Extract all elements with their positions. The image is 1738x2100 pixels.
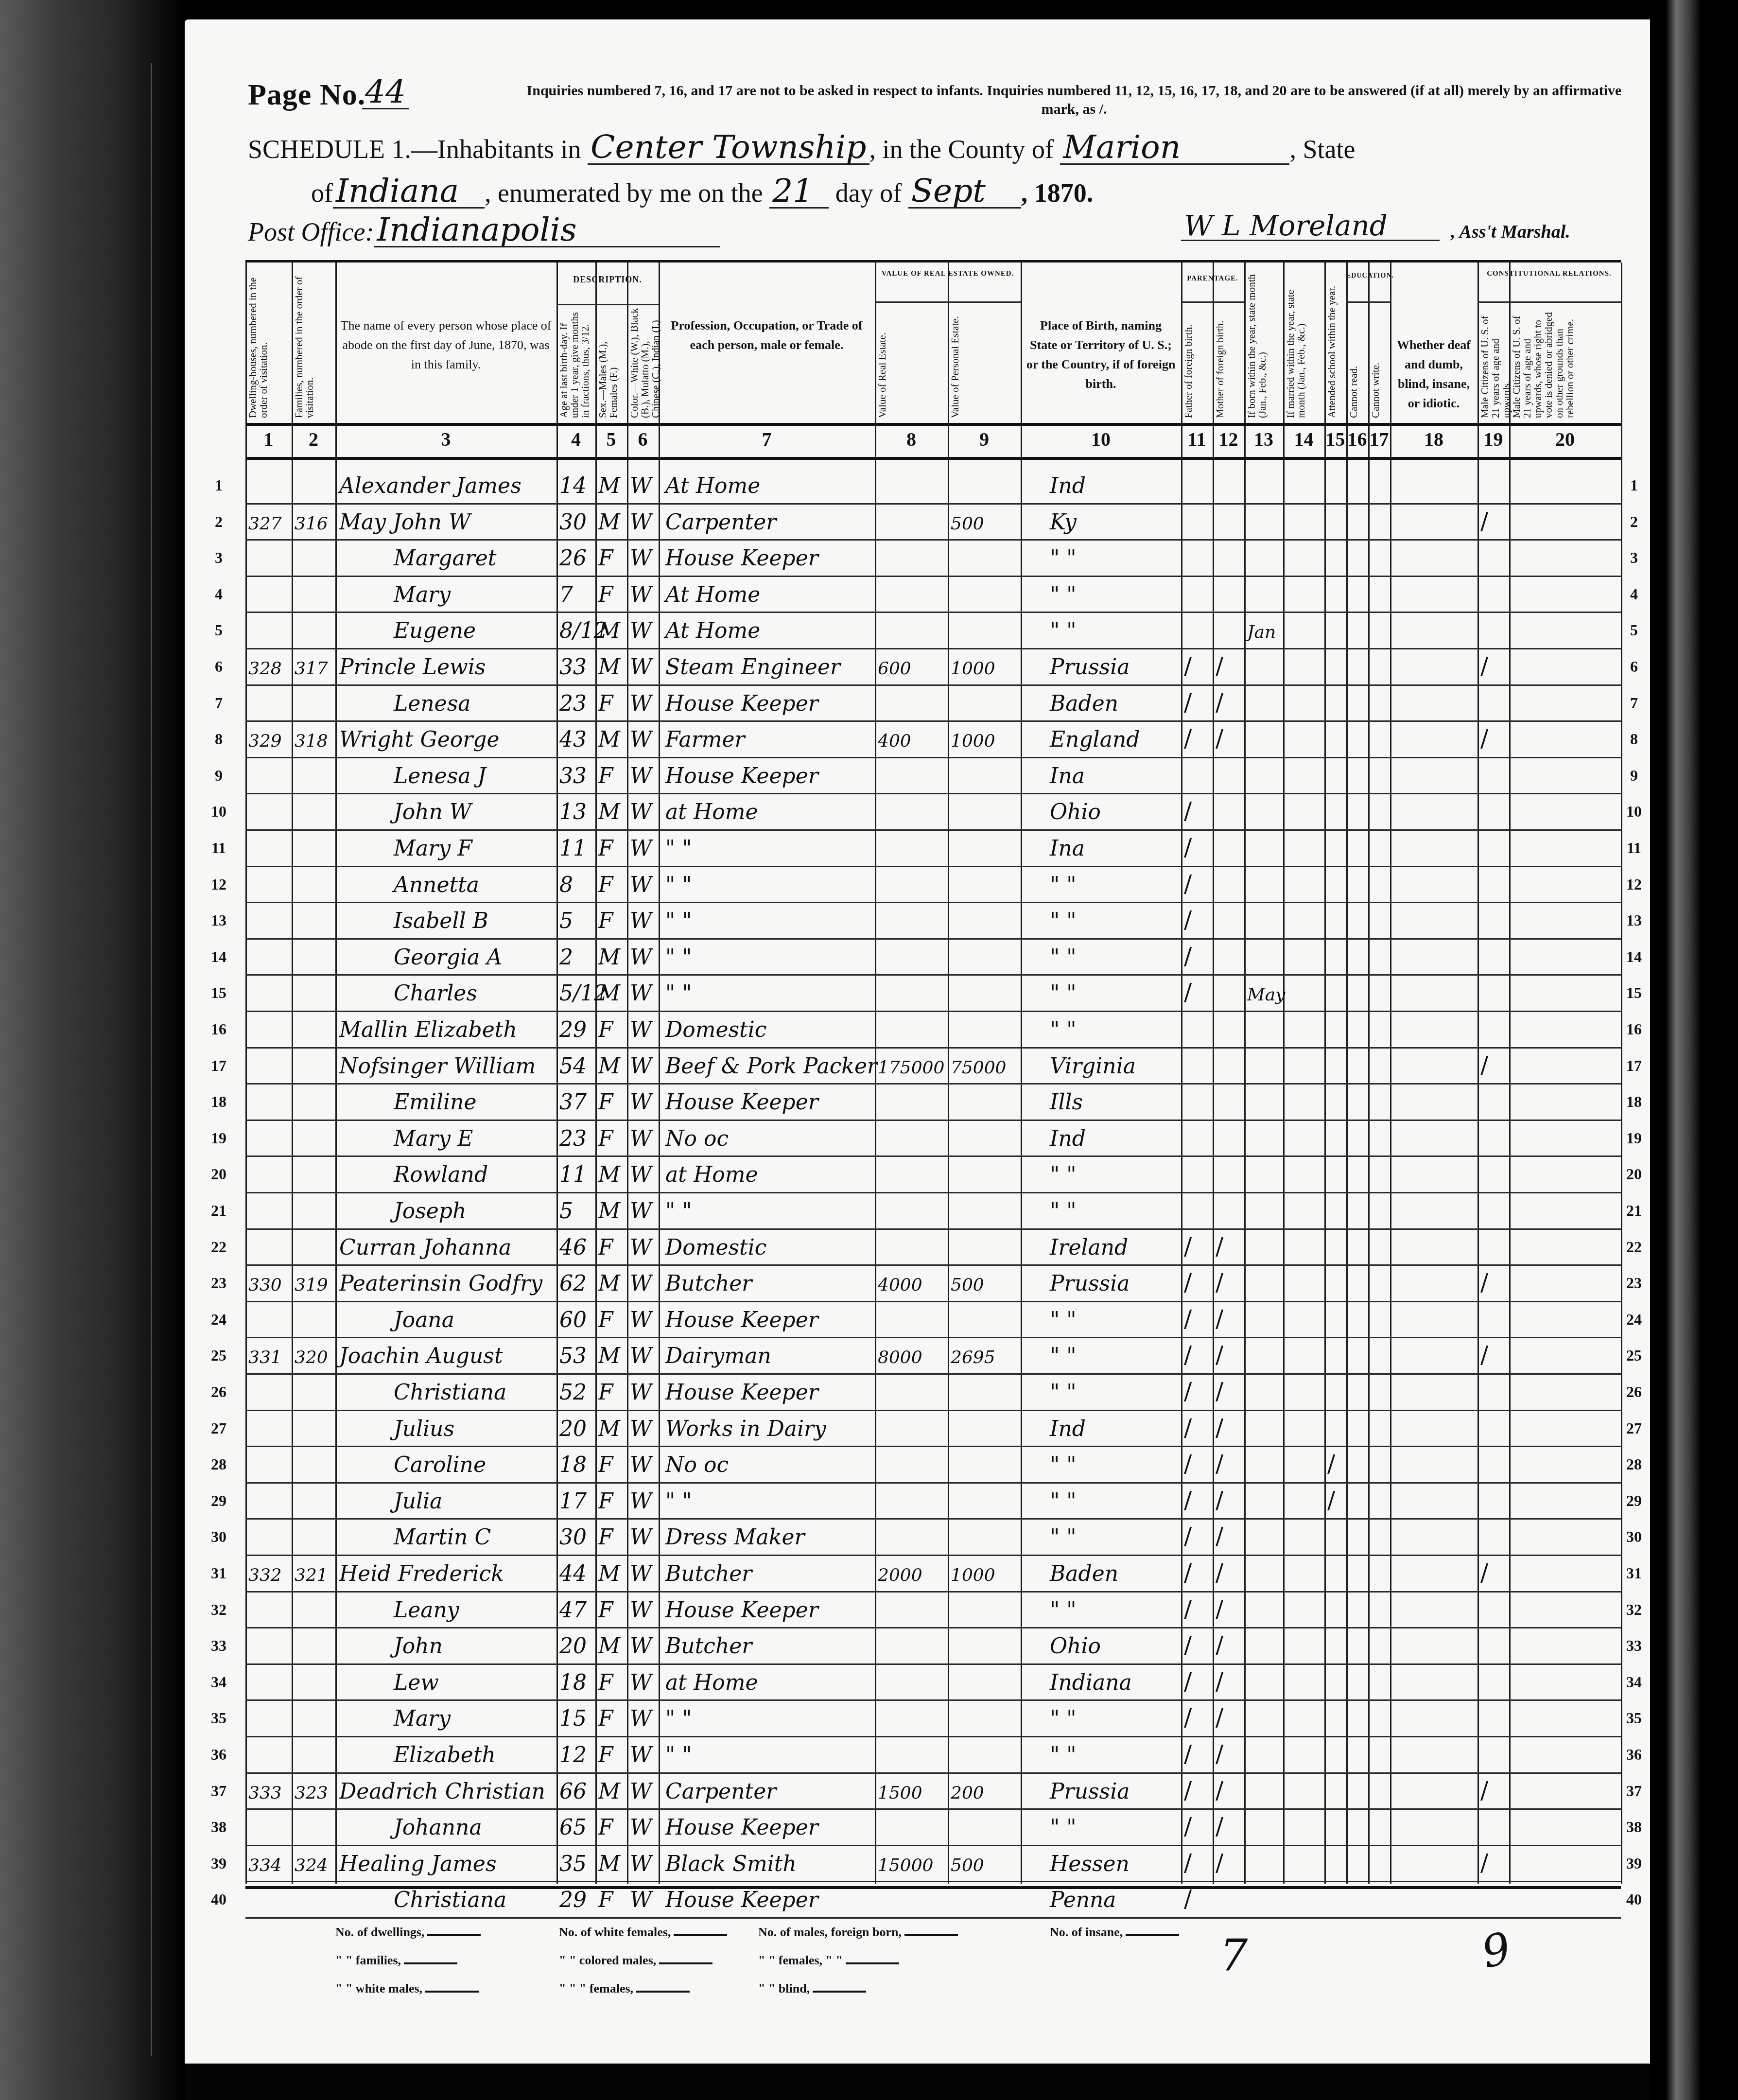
color: W (630, 582, 652, 607)
citizen-mark: / (1480, 1342, 1488, 1369)
father-foreign-mark: / (1184, 725, 1192, 752)
sex: F (598, 1452, 613, 1477)
person-name: Deadrich Christian (339, 1779, 545, 1804)
line-number-left: 36 (209, 1746, 228, 1764)
column-header-16: Cannot read. (1348, 306, 1366, 418)
birthplace: Ireland (1050, 1235, 1128, 1260)
age: 29 (559, 1017, 587, 1042)
summary-label: " " " females, (559, 1981, 633, 1995)
row-rule (245, 938, 1621, 940)
mother-foreign-mark: / (1216, 1451, 1223, 1478)
age: 15 (559, 1706, 587, 1731)
column-header-4: Age at last birth-day. If under 1 year, … (558, 306, 593, 418)
father-foreign-mark: / (1184, 1523, 1192, 1550)
sex: F (598, 1598, 613, 1623)
father-foreign-mark: / (1184, 1886, 1192, 1913)
birthplace: " " (1050, 546, 1076, 571)
column-header-1: Dwelling-houses, numbered in the order o… (247, 272, 290, 418)
color: W (630, 1670, 652, 1695)
summary-field: No. of white females, (559, 1925, 727, 1940)
line-number-right: 15 (1624, 984, 1644, 1002)
line-number-right: 5 (1624, 621, 1644, 639)
age: 26 (559, 546, 587, 571)
person-name: May John W (339, 510, 470, 535)
real-estate-value: 15000 (878, 1855, 934, 1875)
line-number-right: 28 (1624, 1455, 1644, 1473)
scan-left-margin (0, 0, 185, 2100)
age: 65 (559, 1815, 587, 1840)
dwelling-number: 328 (248, 659, 282, 679)
color: W (630, 873, 652, 897)
marshal-signature: W L Moreland (1181, 209, 1440, 242)
color: W (630, 1054, 652, 1079)
sex: M (598, 1162, 620, 1187)
summary-blank (1126, 1934, 1179, 1936)
schedule-line: SCHEDULE 1.—Inhabitants in Center Townsh… (248, 131, 1355, 165)
color: W (630, 1598, 652, 1623)
enumerated-label: , enumerated by me on the (485, 178, 763, 208)
column-header-9: Value of Personal Estate. (950, 306, 1019, 418)
summary-label: No. of insane, (1050, 1925, 1123, 1939)
age: 18 (559, 1452, 587, 1477)
line-number-right: 9 (1624, 767, 1644, 785)
column-number-11: 11 (1181, 428, 1213, 451)
column-header-19: Male Citizens of U. S. of 21 years of ag… (1479, 306, 1507, 418)
mother-foreign-mark: / (1216, 1415, 1223, 1442)
line-number-left: 15 (209, 984, 228, 1002)
person-name: Martin C (394, 1525, 491, 1550)
line-number-left: 12 (209, 875, 228, 893)
column-rule (627, 262, 628, 1884)
sex: M (598, 618, 620, 643)
mother-foreign-mark: / (1216, 1850, 1223, 1877)
citizen-mark: / (1480, 653, 1488, 680)
color: W (630, 909, 652, 933)
birthplace: Prussia (1050, 655, 1130, 680)
row-rule (245, 1518, 1621, 1520)
age: 35 (559, 1852, 587, 1876)
color: W (630, 1852, 652, 1876)
person-name: Christiana (394, 1888, 506, 1912)
age: 53 (559, 1344, 587, 1368)
line-number-right: 23 (1624, 1274, 1644, 1292)
age: 20 (559, 1417, 587, 1441)
age: 7 (559, 582, 573, 607)
father-foreign-mark: / (1184, 1596, 1192, 1623)
column-header-18: Whether deaf and dumb, blind, insane, or… (1395, 335, 1473, 413)
real-estate-value: 175000 (878, 1058, 944, 1078)
line-number-left: 5 (209, 621, 228, 639)
summary-blank (813, 1991, 866, 1993)
birthplace: " " (1050, 1489, 1076, 1514)
family-number: 317 (295, 659, 328, 679)
color: W (630, 1380, 652, 1405)
occupation: No oc (665, 1126, 729, 1151)
father-foreign-mark: / (1184, 653, 1192, 680)
line-number-right: 33 (1624, 1637, 1644, 1655)
group-rule (556, 304, 659, 305)
summary-field: " " " females, (559, 1981, 690, 1996)
age: 8 (559, 873, 573, 897)
group-rule (1477, 301, 1621, 303)
mother-foreign-mark: / (1216, 689, 1223, 717)
sex: F (598, 582, 613, 607)
row-rule (245, 974, 1621, 976)
line-number-right: 36 (1624, 1746, 1644, 1764)
sex: M (598, 473, 620, 498)
line-number-right: 2 (1624, 513, 1644, 531)
line-number-right: 40 (1624, 1890, 1644, 1908)
post-office-value: Indianapolis (374, 214, 720, 247)
column-number-4: 4 (556, 428, 595, 451)
column-number-17: 17 (1368, 428, 1390, 451)
birthplace: " " (1050, 1525, 1076, 1550)
age: 23 (559, 1126, 587, 1151)
age: 5 (559, 909, 573, 933)
person-name: Christiana (394, 1380, 506, 1405)
column-number-15: 15 (1324, 428, 1346, 451)
citizen-mark: / (1480, 508, 1488, 535)
county-label: , in the County of (869, 135, 1054, 164)
father-foreign-mark: / (1184, 907, 1192, 934)
born-month: May (1247, 985, 1286, 1005)
father-foreign-mark: / (1184, 1451, 1192, 1478)
summary-label: No. of dwellings, (335, 1925, 424, 1939)
row-rule (245, 1736, 1621, 1737)
sex: M (598, 510, 620, 535)
person-name: John W (394, 800, 471, 824)
row-rule (245, 1808, 1621, 1810)
color: W (630, 727, 652, 752)
line-number-left: 28 (209, 1455, 228, 1473)
row-rule (245, 1591, 1621, 1592)
column-number-7: 7 (659, 428, 875, 451)
column-header-12: Mother of foreign birth. (1215, 306, 1242, 418)
line-number-right: 13 (1624, 911, 1644, 929)
age: 33 (559, 764, 587, 788)
age: 44 (559, 1561, 587, 1586)
summary-label: " " white males, (335, 1981, 422, 1995)
column-number-14: 14 (1283, 428, 1324, 451)
row-rule (245, 829, 1621, 831)
age: 20 (559, 1634, 587, 1659)
father-foreign-mark: / (1184, 1850, 1192, 1877)
family-number: 318 (295, 731, 328, 751)
row-rule (245, 1337, 1621, 1338)
school-mark: / (1327, 1451, 1335, 1478)
row-rule (245, 1011, 1621, 1012)
page-number: 44 (362, 73, 409, 110)
state-value: Indiana (333, 175, 485, 209)
row-rule (245, 1881, 1621, 1882)
row-rule (245, 1917, 1621, 1919)
person-name: Lenesa (394, 691, 470, 716)
birthplace: Ina (1050, 836, 1085, 861)
line-number-left: 23 (209, 1274, 228, 1292)
father-foreign-mark: / (1184, 1415, 1192, 1442)
sex: M (598, 1417, 620, 1441)
person-name: Leany (394, 1598, 459, 1623)
personal-estate-value: 75000 (951, 1058, 1007, 1078)
birthplace: " " (1050, 981, 1076, 1006)
occupation: Carpenter (665, 510, 776, 535)
father-foreign-mark: / (1184, 1704, 1192, 1732)
mother-foreign-mark: / (1216, 1596, 1223, 1623)
sex: M (598, 1199, 620, 1224)
sex: F (598, 1090, 613, 1115)
age: 46 (559, 1235, 587, 1260)
occupation: Works in Dairy (665, 1417, 826, 1441)
line-number-left: 30 (209, 1528, 228, 1546)
summary-blank (904, 1934, 958, 1936)
line-number-right: 20 (1624, 1165, 1644, 1183)
person-name: Peaterinsin Godfry (339, 1271, 542, 1296)
birthplace: Baden (1050, 1561, 1118, 1586)
line-number-left: 19 (209, 1129, 228, 1147)
line-number-right: 31 (1624, 1564, 1644, 1582)
occupation: " " (665, 945, 692, 970)
sex: M (598, 981, 620, 1006)
birthplace: " " (1050, 1380, 1076, 1405)
day-value: 21 (769, 175, 829, 209)
column-rule (1283, 262, 1285, 1884)
sex: F (598, 1308, 613, 1332)
age: 33 (559, 655, 587, 680)
occupation: House Keeper (665, 691, 818, 716)
column-rule (1213, 262, 1214, 1884)
group-rule (875, 301, 1021, 303)
row-rule (245, 1482, 1621, 1484)
color: W (630, 510, 652, 535)
column-header-13: If born within the year, state month (Ja… (1246, 272, 1281, 418)
occupation: at Home (665, 1670, 758, 1695)
color: W (630, 1235, 652, 1260)
color: W (630, 546, 652, 571)
person-name: Mary (394, 582, 451, 607)
personal-estate-value: 1000 (951, 659, 995, 679)
father-foreign-mark: / (1184, 1668, 1192, 1696)
color: W (630, 981, 652, 1006)
instructions-notice: Inquiries numbered 7, 16, and 17 are not… (515, 82, 1633, 119)
occupation: At Home (665, 473, 760, 498)
occupation: House Keeper (665, 764, 818, 788)
father-foreign-mark: / (1184, 1269, 1192, 1296)
person-name: Mary (394, 1706, 451, 1731)
sex: F (598, 909, 613, 933)
line-number-left: 34 (209, 1673, 228, 1691)
line-number-right: 18 (1624, 1093, 1644, 1111)
father-foreign-mark: / (1184, 979, 1192, 1006)
line-number-left: 32 (209, 1601, 228, 1619)
age: 17 (559, 1489, 587, 1514)
color: W (630, 473, 652, 498)
age: 43 (559, 727, 587, 752)
line-number-left: 25 (209, 1347, 228, 1365)
personal-estate-value: 2695 (951, 1347, 995, 1367)
citizen-mark: / (1480, 1269, 1488, 1296)
person-name: Nofsinger William (339, 1054, 536, 1079)
occupation: Butcher (665, 1271, 752, 1296)
color: W (630, 1017, 652, 1042)
line-number-right: 24 (1624, 1311, 1644, 1329)
person-name: Emiline (394, 1090, 476, 1115)
occupation: Black Smith (665, 1852, 797, 1876)
column-number-5: 5 (595, 428, 627, 451)
column-header-17: Cannot write. (1370, 306, 1388, 418)
line-number-right: 32 (1624, 1601, 1644, 1619)
row-rule (245, 1555, 1621, 1556)
personal-estate-value: 1000 (951, 1565, 995, 1585)
line-number-left: 20 (209, 1165, 228, 1183)
state-label: , State (1289, 135, 1355, 164)
birthplace: " " (1050, 1199, 1076, 1224)
line-number-left: 35 (209, 1709, 228, 1727)
row-rule (245, 1047, 1621, 1049)
line-number-right: 35 (1624, 1709, 1644, 1727)
birthplace: Ind (1050, 1417, 1086, 1441)
family-number: 323 (295, 1783, 328, 1803)
father-foreign-mark: / (1184, 1777, 1192, 1804)
father-foreign-mark: / (1184, 1813, 1192, 1840)
person-name: Mary E (394, 1126, 473, 1151)
line-number-left: 29 (209, 1492, 228, 1510)
real-estate-value: 8000 (878, 1347, 922, 1367)
age: 30 (559, 510, 587, 535)
occupation: Butcher (665, 1561, 752, 1586)
line-number-right: 21 (1624, 1202, 1644, 1220)
header-rule (245, 423, 1621, 426)
summary-blank (674, 1934, 727, 1936)
occupation: At Home (665, 582, 760, 607)
birthplace: Hessen (1050, 1852, 1130, 1876)
sex: M (598, 1054, 620, 1079)
line-number-left: 39 (209, 1855, 228, 1872)
color: W (630, 1779, 652, 1804)
age: 5 (559, 1199, 573, 1224)
color: W (630, 1452, 652, 1477)
column-header-10: Place of Birth, naming State or Territor… (1025, 316, 1176, 394)
occupation: Butcher (665, 1634, 752, 1659)
line-number-right: 37 (1624, 1782, 1644, 1800)
personal-estate-value: 500 (951, 1275, 984, 1295)
birthplace: Ina (1050, 764, 1085, 788)
column-rule (1621, 262, 1622, 1884)
person-name: Elizabeth (394, 1743, 496, 1767)
color: W (630, 1090, 652, 1115)
birthplace: Ohio (1050, 800, 1101, 824)
person-name: Healing James (339, 1852, 497, 1876)
township-value: Center Township (588, 131, 869, 165)
sex: F (598, 873, 613, 897)
summary-field: No. of dwellings, (335, 1925, 481, 1940)
father-foreign-mark: / (1184, 689, 1192, 717)
person-name: Lew (394, 1670, 439, 1695)
group-rule (1181, 301, 1244, 303)
line-number-right: 4 (1624, 585, 1644, 603)
age: 11 (559, 836, 587, 861)
family-number: 321 (295, 1565, 328, 1585)
age: 37 (559, 1090, 587, 1115)
line-number-right: 29 (1624, 1492, 1644, 1510)
column-header-15: Attended school within the year. (1326, 272, 1344, 418)
line-number-left: 16 (209, 1020, 228, 1038)
citizen-mark: / (1480, 1777, 1488, 1804)
constitutional-group-header: CONSTITUTIONAL RELATIONS. (1477, 270, 1621, 278)
color: W (630, 1489, 652, 1514)
father-foreign-mark: / (1184, 1306, 1192, 1333)
line-number-left: 3 (209, 549, 228, 567)
line-number-right: 30 (1624, 1528, 1644, 1546)
birthplace: " " (1050, 909, 1076, 933)
marshal-label: , Ass't Marshal. (1451, 221, 1570, 243)
sex: M (598, 945, 620, 970)
line-number-left: 14 (209, 948, 228, 966)
birthplace: Ohio (1050, 1634, 1101, 1659)
occupation: " " (665, 981, 692, 1006)
summary-label: No. of white females, (559, 1925, 671, 1939)
value-estate-group-header: VALUE OF REAL ESTATE OWNED. (875, 270, 1021, 278)
occupation: at Home (665, 1162, 758, 1187)
sex: M (598, 1271, 620, 1296)
age: 11 (559, 1162, 587, 1187)
sex: M (598, 1634, 620, 1659)
description-group-header: DESCRIPTION. (556, 275, 659, 285)
birthplace: " " (1050, 1344, 1076, 1368)
line-number-left: 10 (209, 803, 228, 821)
occupation: " " (665, 1489, 692, 1514)
age: 23 (559, 691, 587, 716)
birthplace: " " (1050, 1308, 1076, 1332)
birthplace: " " (1050, 1452, 1076, 1477)
row-rule (245, 757, 1621, 758)
real-estate-value: 4000 (878, 1275, 922, 1295)
summary-blank (427, 1934, 481, 1936)
father-foreign-mark: / (1184, 1378, 1192, 1405)
person-name: John (394, 1634, 443, 1659)
row-rule (245, 1155, 1621, 1157)
age: 30 (559, 1525, 587, 1550)
column-rule (659, 262, 660, 1884)
birthplace: " " (1050, 618, 1076, 643)
line-number-right: 11 (1624, 839, 1644, 857)
line-number-left: 26 (209, 1383, 228, 1401)
sex: M (598, 1779, 620, 1804)
occupation: " " (665, 836, 692, 861)
summary-label: " " colored males, (559, 1953, 656, 1967)
color: W (630, 1815, 652, 1840)
row-rule (245, 684, 1621, 686)
occupation: " " (665, 1743, 692, 1767)
mother-foreign-mark: / (1216, 1306, 1223, 1333)
county-value: Marion (1060, 131, 1289, 165)
color: W (630, 1344, 652, 1368)
birthplace: " " (1050, 1743, 1076, 1767)
occupation: Farmer (665, 727, 745, 752)
mother-foreign-mark: / (1216, 725, 1223, 752)
birthplace: Ind (1050, 473, 1086, 498)
person-name: Caroline (394, 1452, 486, 1477)
occupation: Dress Maker (665, 1525, 805, 1550)
occupation: House Keeper (665, 1308, 818, 1332)
father-foreign-mark: / (1184, 1632, 1192, 1659)
summary-field: " " females, " " (758, 1953, 899, 1968)
row-rule (245, 648, 1621, 649)
column-rule (1244, 262, 1246, 1884)
line-number-right: 1 (1624, 476, 1644, 494)
month-value: Sept (908, 175, 1021, 209)
sex: F (598, 546, 613, 571)
column-number-20: 20 (1509, 428, 1621, 451)
